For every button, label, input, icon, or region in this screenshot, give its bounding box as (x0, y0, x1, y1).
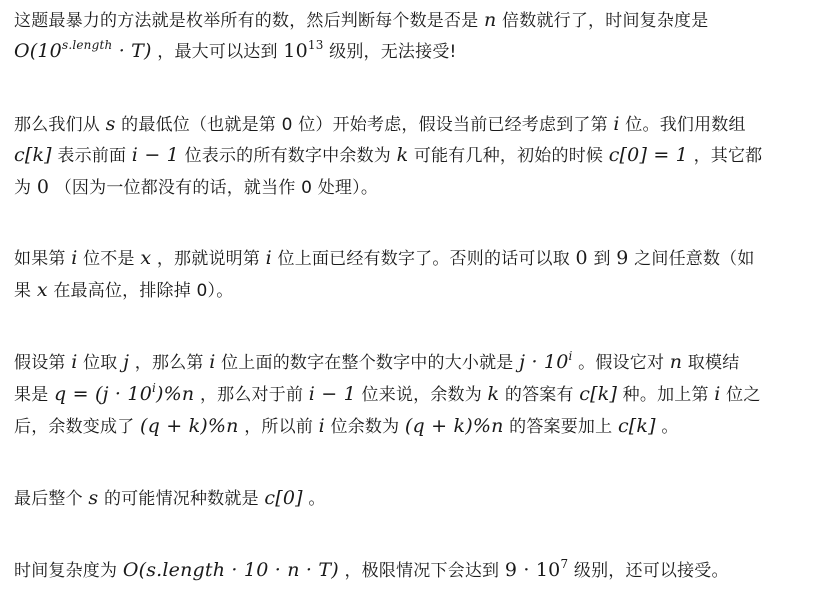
math-k: k (397, 144, 409, 166)
paragraph-2-line-3: 为 0 （因为一位都没有的话，就当作 0 处理）。 (14, 172, 378, 202)
math-complexity: O(10s.length · T) (14, 40, 152, 62)
paragraph-2-line-2: c[k] 表示前面 i − 1 位表示的所有数字中余数为 k 可能有几种，初始的… (14, 140, 762, 170)
math-ck: c[k] (14, 144, 52, 166)
paragraph-1-line-2: O(10s.length · T) ，最大可以达到 1013 级别，无法接受! (14, 36, 457, 66)
paragraph-5-line-1: 最后整个 s 的可能情况种数就是 c[0] 。 (14, 483, 326, 513)
text: 级别，无法接受! (324, 42, 457, 62)
text: ，最大可以达到 (152, 42, 284, 62)
paragraph-1-line-1: 这题最暴力的方法就是枚举所有的数，然后判断每个数是否是 n 倍数就行了，时间复杂… (14, 5, 708, 35)
math-0: 0 (37, 176, 49, 198)
math-s: s (106, 113, 116, 135)
math-q-def: q = (j · 10i)%n (54, 383, 194, 405)
paragraph-3-line-1: 如果第 i 位不是 x ，那就说明第 i 位上面已经有数字了。否则的话可以取 0… (14, 243, 755, 273)
document-body: 这题最暴力的方法就是枚举所有的数，然后判断每个数是否是 n 倍数就行了，时间复杂… (0, 0, 819, 596)
paragraph-6-line-1: 时间复杂度为 O(s.length · 10 · n · T) ，极限情况下会达… (14, 555, 729, 585)
math-n: n (484, 9, 496, 31)
paragraph-2-line-1: 那么我们从 s 的最低位（也就是第 0 位）开始考虑，假设当前已经考虑到了第 i… (14, 109, 746, 139)
math-9-10-7: 9 · 107 (505, 559, 568, 581)
math-c0-eq-1: c[0] = 1 (609, 144, 688, 166)
text: 这题最暴力的方法就是枚举所有的数，然后判断每个数是否是 (14, 11, 484, 31)
paragraph-4-line-1: 假设第 i 位取 j ，那么第 i 位上面的数字在整个数字中的大小就是 j · … (14, 347, 739, 377)
math-x: x (140, 247, 151, 269)
text: 倍数就行了，时间复杂度是 (496, 11, 708, 31)
math-j-10-i: j · 10i (519, 351, 572, 373)
paragraph-4-line-3: 后，余数变成了 (q + k)%n ，所以前 i 位余数为 (q + k)%n … (14, 411, 679, 441)
paragraph-3-line-2: 果 x 在最高位，排除掉 0）。 (14, 275, 233, 305)
math-i-minus-1: i − 1 (132, 144, 179, 166)
paragraph-4-line-2: 果是 q = (j · 10i)%n ，那么对于前 i − 1 位来说，余数为 … (14, 379, 761, 409)
math-10-13: 1013 (283, 40, 323, 62)
math-complexity-2: O(s.length · 10 · n · T) (123, 559, 339, 581)
